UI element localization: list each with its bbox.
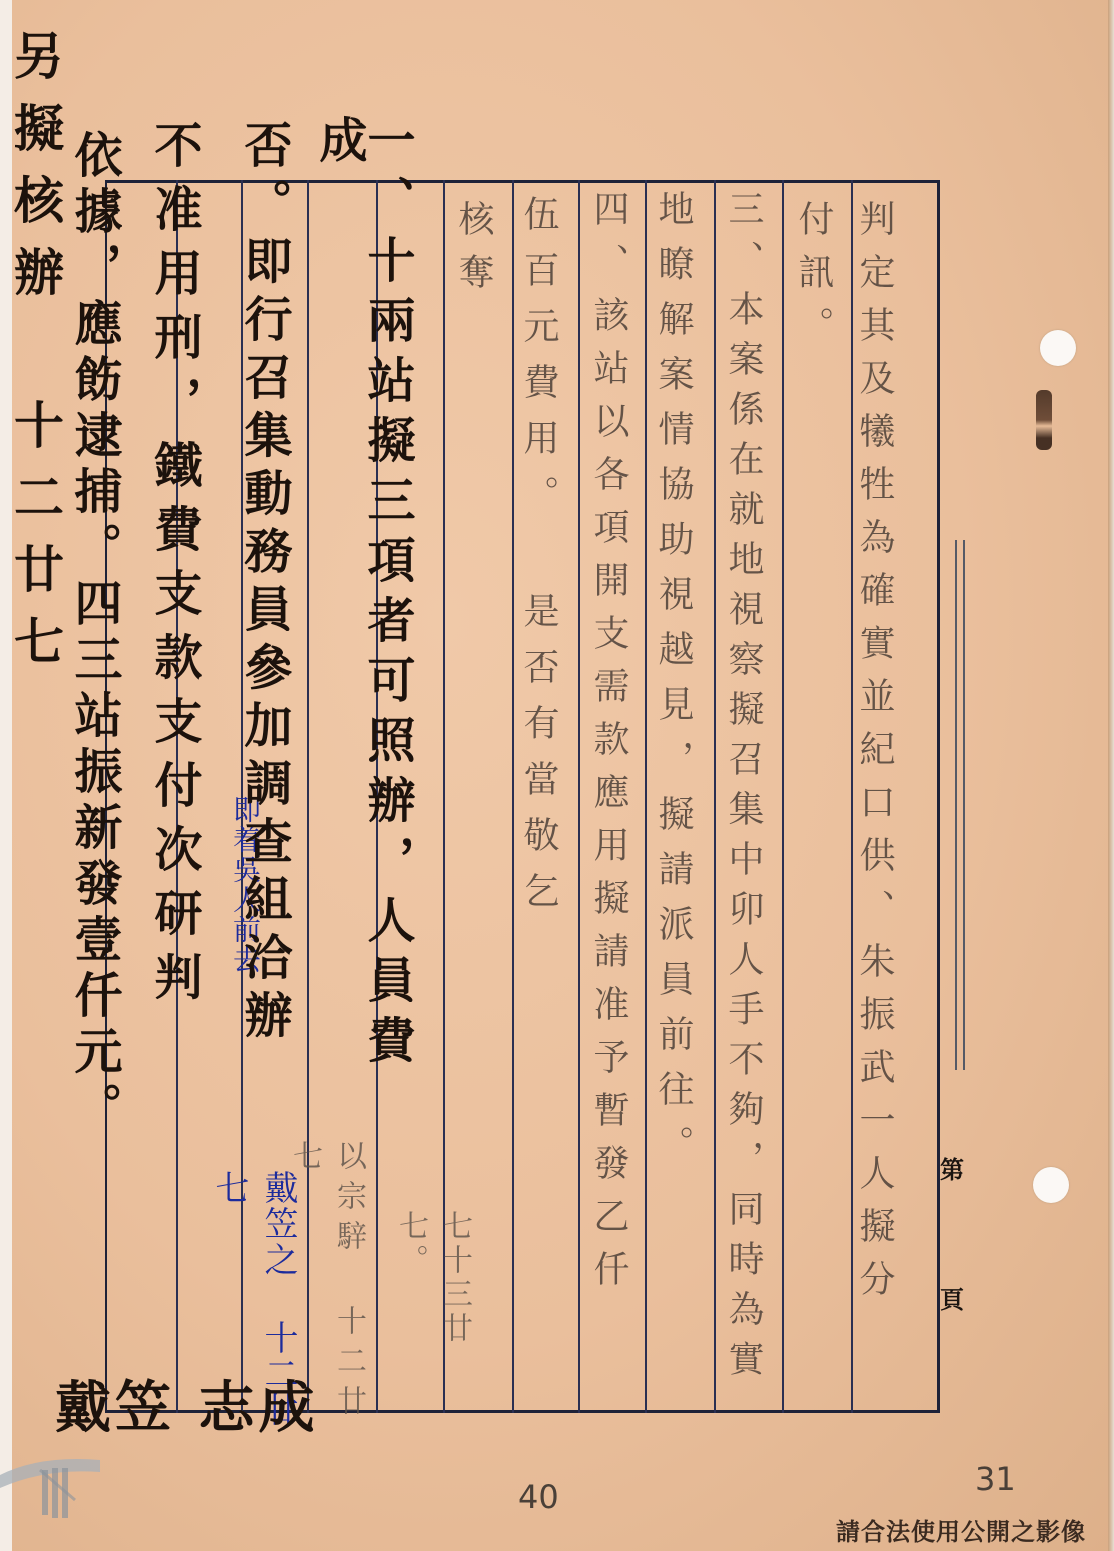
column-rule bbox=[578, 180, 580, 1413]
memo-text-column-7: 核奪 bbox=[455, 200, 491, 400]
memo-text-column-4: 地瞭解案情協助視越見，擬請派員前往。 bbox=[655, 190, 691, 1410]
archive-logo-icon bbox=[0, 1440, 110, 1520]
column-rule bbox=[714, 180, 716, 1413]
brush-annotation-column-2: 否。即行召集動務員參加調查組洽辦 bbox=[240, 120, 288, 1120]
date-note: 七十三廿七。 bbox=[388, 1210, 476, 1410]
page-number-right: 31 bbox=[975, 1460, 1016, 1498]
memo-text-column-1: 判定其及犧牲為確實並紀口供、朱振武一人擬分 bbox=[856, 200, 892, 1400]
page-label-prefix: 第 bbox=[940, 1150, 964, 1185]
ink-stain bbox=[1036, 390, 1052, 450]
column-rule bbox=[645, 180, 647, 1413]
brush-annotation-column-1: 一、十兩站擬三項者可照辦，人員費成 bbox=[315, 115, 411, 1125]
memo-text-column-5: 四、該站以各項開支需款應用擬請准予暫發乙仟 bbox=[590, 190, 626, 1410]
punch-hole-bottom bbox=[1033, 1167, 1069, 1203]
memo-text-column-3: 三、本案係在就地視察擬召集中卯人手不夠，同時為實 bbox=[725, 190, 761, 1410]
page-label-suffix: 頁 bbox=[940, 1280, 964, 1315]
column-rule bbox=[512, 180, 514, 1413]
brush-annotation-column-4: 依據，應飭逮捕。四三站振新發壹仟元。 bbox=[70, 130, 118, 1460]
column-rule bbox=[851, 180, 853, 1413]
column-rule bbox=[782, 180, 784, 1413]
page-number-center: 40 bbox=[518, 1478, 559, 1516]
double-margin-rule bbox=[955, 540, 965, 1070]
memo-text-column-2: 付訊。 bbox=[795, 200, 831, 500]
scan-right-edge bbox=[1108, 0, 1114, 1551]
usage-watermark: 請合法使用公開之影像 bbox=[836, 1512, 1086, 1547]
brush-annotation-column-3: 不准用刑，鐵費支款支付次研判 bbox=[150, 120, 198, 1120]
brush-annotation-column-5: 另擬核辦 十二廿七 bbox=[10, 30, 60, 750]
memo-text-column-6: 伍百元費用。 是否有當敬乞 bbox=[520, 195, 556, 1195]
punch-hole-top bbox=[1040, 330, 1076, 366]
